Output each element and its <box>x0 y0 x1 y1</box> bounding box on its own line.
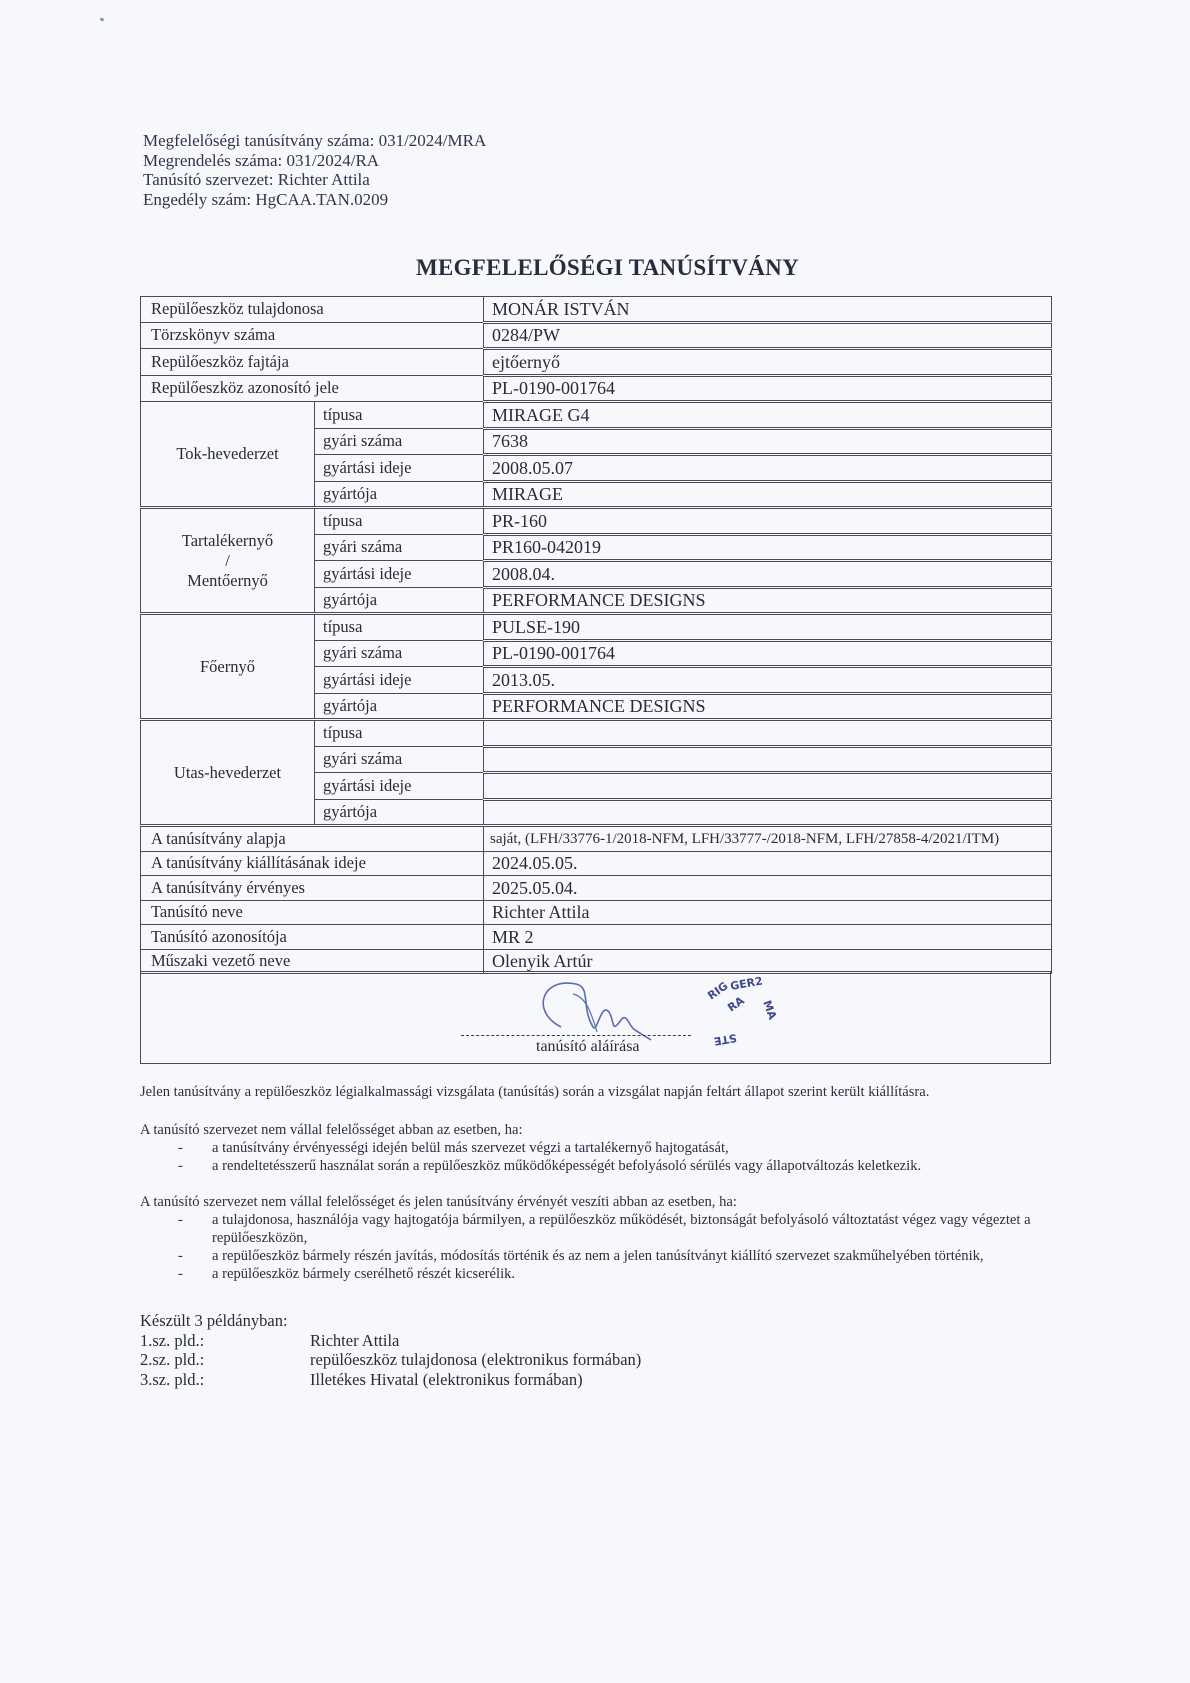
row-value <box>484 746 1052 773</box>
table-row: Műszaki vezető neveOlenyik Artúr <box>141 949 1052 974</box>
row-value: MIRAGE G4 <box>484 402 1052 429</box>
bullet-dash: - <box>178 1247 183 1265</box>
copy-row: 2.sz. pld.:repülőeszköz tulajdonosa (ele… <box>140 1350 641 1370</box>
statement-paragraph: Jelen tanúsítvány a repülőeszköz légialk… <box>140 1083 929 1101</box>
row-label: Tanúsító azonosítója <box>141 925 484 950</box>
sub-label: gyártója <box>315 587 484 614</box>
row-value: Richter Attila <box>484 900 1052 925</box>
bullet-dash: - <box>178 1157 183 1175</box>
row-value: PR-160 <box>484 508 1052 535</box>
certificate-number: Megfelelőségi tanúsítvány száma: 031/202… <box>143 131 486 151</box>
row-value: Olenyik Artúr <box>484 949 1052 974</box>
group-name: Tartalékernyő/Mentőernyő <box>141 508 315 614</box>
table-row: Tartalékernyő/MentőernyőtípusaPR-160 <box>141 508 1052 535</box>
table-row: Repülőeszköz fajtájaejtőernyő <box>141 349 1052 376</box>
sub-label: gyári száma <box>315 746 484 773</box>
document-title: MEGFELELŐSÉGI TANÚSÍTVÁNY <box>0 255 1190 281</box>
row-value: 7638 <box>484 428 1052 455</box>
sub-label: gyártási ideje <box>315 667 484 694</box>
sub-label: gyártója <box>315 693 484 720</box>
copy-row: 1.sz. pld.:Richter Attila <box>140 1331 641 1351</box>
sub-label: típusa <box>315 614 484 641</box>
sub-label: típusa <box>315 508 484 535</box>
certificate-header: Megfelelőségi tanúsítvány száma: 031/202… <box>143 131 486 209</box>
row-label: Repülőeszköz azonosító jele <box>141 375 484 402</box>
svg-text:GER2: GER2 <box>729 974 763 992</box>
sub-label: gyártója <box>315 799 484 826</box>
row-value: saját, (LFH/33776-1/2018-NFM, LFH/33777-… <box>484 826 1052 852</box>
liability-2-intro: A tanúsító szervezet nem vállal felelőss… <box>140 1193 1060 1211</box>
row-label: Műszaki vezető neve <box>141 949 484 974</box>
copy-recipient: repülőeszköz tulajdonosa (elektronikus f… <box>310 1350 641 1370</box>
row-value: 2008.05.07 <box>484 455 1052 482</box>
row-value: PULSE-190 <box>484 614 1052 641</box>
sub-label: típusa <box>315 402 484 429</box>
table-row: A tanúsítvány érvényes2025.05.04. <box>141 876 1052 901</box>
svg-text:MA: MA <box>760 999 779 1022</box>
table-row: Utas-hevederzettípusa <box>141 720 1052 747</box>
liability-1-intro: A tanúsító szervezet nem vállal felelőss… <box>140 1121 921 1139</box>
row-value <box>484 799 1052 826</box>
row-label: Tanúsító neve <box>141 900 484 925</box>
table-row: Tanúsító neveRichter Attila <box>141 900 1052 925</box>
signature-line <box>461 1035 691 1036</box>
row-value: PERFORMANCE DESIGNS <box>484 693 1052 720</box>
sub-label: gyári száma <box>315 428 484 455</box>
row-label: A tanúsítvány kiállításának ideje <box>141 851 484 876</box>
copy-row: 3.sz. pld.:Illetékes Hivatal (elektronik… <box>140 1370 641 1390</box>
row-label: Repülőeszköz tulajdonosa <box>141 297 484 323</box>
row-value: ejtőernyő <box>484 349 1052 376</box>
copies-section: Készült 3 példányban: 1.sz. pld.:Richter… <box>140 1311 641 1389</box>
row-value: PL-0190-001764 <box>484 375 1052 402</box>
bullet-dash: - <box>178 1265 183 1283</box>
copy-recipient: Illetékes Hivatal (elektronikus formában… <box>310 1370 583 1390</box>
svg-text:RIG: RIG <box>705 979 730 1002</box>
row-value: MONÁR ISTVÁN <box>484 297 1052 323</box>
row-value <box>484 720 1052 747</box>
sub-label: típusa <box>315 720 484 747</box>
sub-label: gyártási ideje <box>315 773 484 800</box>
order-number: Megrendelés száma: 031/2024/RA <box>143 151 486 171</box>
table-row: Repülőeszköz tulajdonosaMONÁR ISTVÁN <box>141 297 1052 323</box>
sub-label: gyártási ideje <box>315 561 484 588</box>
table-row: Repülőeszköz azonosító jelePL-0190-00176… <box>141 375 1052 402</box>
copies-intro: Készült 3 példányban: <box>140 1311 641 1331</box>
certifying-organization: Tanúsító szervezet: Richter Attila <box>143 170 486 190</box>
row-label: A tanúsítvány alapja <box>141 826 484 852</box>
row-value: MIRAGE <box>484 481 1052 508</box>
row-value: PR160-042019 <box>484 534 1052 561</box>
row-value: 0284/PW <box>484 322 1052 349</box>
liability-1-list: -a tanúsítvány érvényességi idején belül… <box>140 1139 921 1175</box>
table-row: Tok-hevederzettípusaMIRAGE G4 <box>141 402 1052 429</box>
group-name: Tok-hevederzet <box>141 402 315 508</box>
liability-section-2: A tanúsító szervezet nem vállal felelőss… <box>140 1193 1060 1283</box>
list-item: -a repülőeszköz bármely cserélhető részé… <box>140 1265 1060 1283</box>
row-value: 2008.04. <box>484 561 1052 588</box>
svg-text:RA: RA <box>725 994 747 1015</box>
group-name: Főernyő <box>141 614 315 720</box>
table-row: A tanúsítvány kiállításának ideje2024.05… <box>141 851 1052 876</box>
certificate-table: Repülőeszköz tulajdonosaMONÁR ISTVÁNTörz… <box>140 296 1052 974</box>
list-item: -a tanúsítvány érvényességi idején belül… <box>140 1139 921 1157</box>
license-number: Engedély szám: HgCAA.TAN.0209 <box>143 190 486 210</box>
group-name: Utas-hevederzet <box>141 720 315 826</box>
row-label: Repülőeszköz fajtája <box>141 349 484 376</box>
svg-text:STE: STE <box>713 1031 738 1048</box>
copy-recipient: Richter Attila <box>310 1331 399 1351</box>
liability-section-1: A tanúsító szervezet nem vállal felelőss… <box>140 1121 921 1175</box>
signature-box: RIG GER2 MA STE RA tanúsító aláírása <box>140 971 1051 1064</box>
list-item: -a rendeltetésszerű használat során a re… <box>140 1157 921 1175</box>
sub-label: gyártója <box>315 481 484 508</box>
list-item: -a repülőeszköz bármely részén javítás, … <box>140 1247 1060 1265</box>
scan-speck <box>100 17 105 22</box>
row-value: PERFORMANCE DESIGNS <box>484 587 1052 614</box>
table-row: Törzskönyv száma0284/PW <box>141 322 1052 349</box>
row-value <box>484 773 1052 800</box>
row-value: 2024.05.05. <box>484 851 1052 876</box>
sub-label: gyári száma <box>315 640 484 667</box>
row-value: 2013.05. <box>484 667 1052 694</box>
liability-2-list: -a tulajdonosa, használója vagy hajtogat… <box>140 1211 1060 1283</box>
table-row: Tanúsító azonosítójaMR 2 <box>141 925 1052 950</box>
bullet-dash: - <box>178 1211 183 1229</box>
row-value: MR 2 <box>484 925 1052 950</box>
row-label: Törzskönyv száma <box>141 322 484 349</box>
bullet-dash: - <box>178 1139 183 1157</box>
copy-number: 3.sz. pld.: <box>140 1370 310 1390</box>
signature-label: tanúsító aláírása <box>536 1038 640 1056</box>
table-row: A tanúsítvány alapjasaját, (LFH/33776-1/… <box>141 826 1052 852</box>
table-row: FőernyőtípusaPULSE-190 <box>141 614 1052 641</box>
list-item: -a tulajdonosa, használója vagy hajtogat… <box>140 1211 1060 1247</box>
sub-label: gyári száma <box>315 534 484 561</box>
row-value: PL-0190-001764 <box>484 640 1052 667</box>
sub-label: gyártási ideje <box>315 455 484 482</box>
copy-number: 2.sz. pld.: <box>140 1350 310 1370</box>
copy-number: 1.sz. pld.: <box>140 1331 310 1351</box>
row-label: A tanúsítvány érvényes <box>141 876 484 901</box>
row-value: 2025.05.04. <box>484 876 1052 901</box>
